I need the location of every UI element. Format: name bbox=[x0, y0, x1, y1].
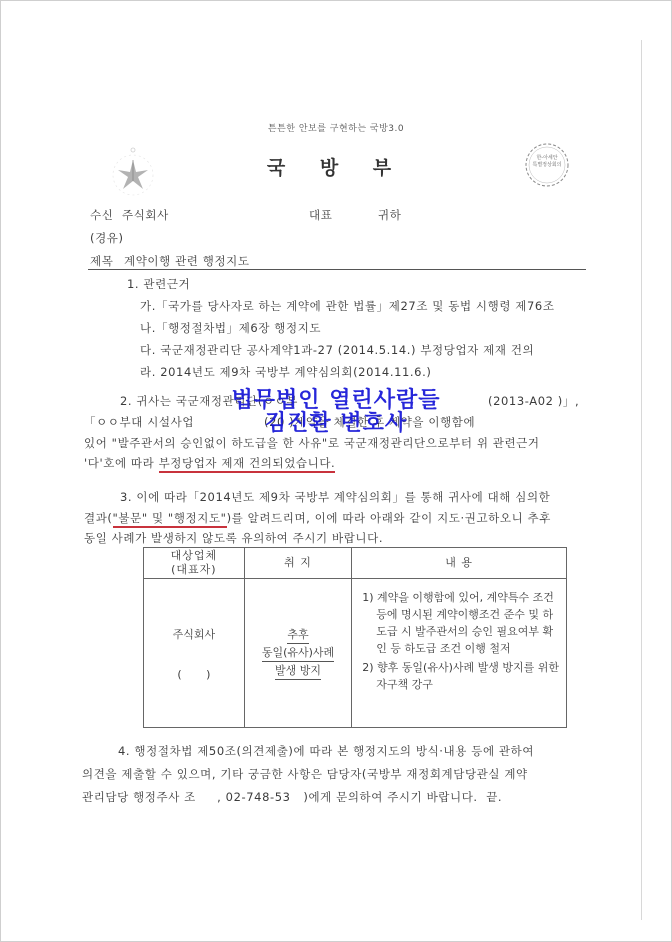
recipient-label: 수신 bbox=[90, 207, 113, 223]
section2-line4: '다'호에 따라 부정당업자 제재 건의되었습니다. bbox=[84, 455, 335, 471]
header-content: 내 용 bbox=[352, 548, 567, 579]
slogan: 튼튼한 안보를 구현하는 국방3.0 bbox=[0, 121, 672, 134]
decision-highlight: "불문" 및 "행정지도" bbox=[113, 511, 227, 528]
subject-label: 제목 bbox=[90, 253, 113, 269]
company-name: 주식회사 bbox=[144, 626, 244, 642]
section3-line1: 3. 이에 따라「2014년도 제9차 국방부 계약심의회」를 통해 귀사에 대… bbox=[120, 489, 550, 505]
section3-line2-suffix: )를 알려드리며, 이에 따라 아래와 같이 지도·권고하오니 추후 bbox=[227, 511, 551, 525]
section3-line2: 결과("불문" 및 "행정지도")를 알려드리며, 이에 따라 아래와 같이 지… bbox=[84, 510, 551, 526]
company-representative: ( ) bbox=[144, 668, 244, 681]
seal-text-line2: 특별정상회의 bbox=[522, 162, 572, 169]
section4-line2: 의견을 제출할 수 있으며, 기타 궁금한 사항은 담당자(국방부 재정회계담당… bbox=[82, 766, 528, 782]
section4-line1: 4. 행정절차법 제50조(의견제출)에 따라 본 행정지도의 방식·내용 등에… bbox=[118, 743, 534, 759]
watermark-lawyer: 김진환 변호사 bbox=[0, 406, 672, 437]
cell-purpose: 추후 동일(유사)사례 발생 방지 bbox=[244, 579, 352, 728]
header-company-line1: 대상업체 bbox=[144, 549, 244, 563]
header-company-line2: (대표자) bbox=[144, 563, 244, 577]
header-divider bbox=[88, 269, 586, 270]
section2-line3: 있어 "발주관서의 승인없이 하도급을 한 사유"로 국군재정관리단으로부터 위… bbox=[84, 435, 540, 451]
header-target-company: 대상업체 (대표자) bbox=[144, 548, 245, 579]
header-purpose: 취 지 bbox=[244, 548, 352, 579]
section4-line3: 관리담당 행정주사 조 , 02-748-53 )에게 문의하여 주시기 바랍니… bbox=[82, 789, 502, 805]
sanction-recommendation-highlight: 부정당업자 제재 건의되었습니다. bbox=[159, 456, 336, 473]
recipient-company: 주식회사 bbox=[122, 207, 169, 223]
section1-item: 라. 2014년도 제9차 국방부 계약심의회(2014.11.6.) bbox=[140, 364, 431, 380]
section1-heading: 1. 관련근거 bbox=[127, 276, 190, 292]
representative-label: 대표 bbox=[309, 207, 332, 223]
table-row: 주식회사 ( ) 추후 동일(유사)사례 발생 방지 1) 계약을 이행함에 있… bbox=[144, 579, 567, 728]
purpose-line: 추후 bbox=[287, 626, 308, 644]
section1-item: 가.「국가를 당사자로 하는 계약에 관한 법률」제27조 및 동법 시행령 제… bbox=[140, 298, 555, 314]
section2-line4-prefix: '다'호에 따라 bbox=[84, 456, 159, 470]
purpose-line: 발생 방지 bbox=[275, 662, 321, 680]
guidance-table: 대상업체 (대표자) 취 지 내 용 주식회사 ( ) 추후 동일(유사)사례 … bbox=[143, 547, 567, 728]
seal-text-line1: 한-아세안 bbox=[522, 155, 572, 162]
wreath-seal-icon: 한-아세안 특별정상회의 bbox=[522, 140, 572, 190]
honorific: 귀하 bbox=[378, 207, 401, 223]
purpose-line: 동일(유사)사례 bbox=[262, 644, 334, 662]
via-label: (경유) bbox=[90, 230, 124, 246]
table-header-row: 대상업체 (대표자) 취 지 내 용 bbox=[144, 548, 567, 579]
subject-title: 계약이행 관련 행정지도 bbox=[124, 253, 250, 269]
cell-company: 주식회사 ( ) bbox=[144, 579, 245, 728]
content-item: 1) 계약을 이행함에 있어, 계약특수 조건 등에 명시된 계약이행조건 준수… bbox=[358, 589, 560, 657]
section1-item: 다. 국군재정관리단 공사계약1과-27 (2014.5.14.) 부정당업자 … bbox=[140, 342, 534, 358]
content-item: 2) 향후 동일(유사)사례 발생 방지를 위한 자구책 강구 bbox=[358, 659, 560, 693]
section3-line3: 동일 사례가 발생하지 않도록 유의하여 주시기 바랍니다. bbox=[84, 530, 383, 546]
section1-item: 나.「행정절차법」제6장 행정지도 bbox=[140, 320, 321, 336]
cell-content: 1) 계약을 이행함에 있어, 계약특수 조건 등에 명시된 계약이행조건 준수… bbox=[352, 579, 567, 728]
section3-line2-prefix: 결과( bbox=[84, 511, 113, 525]
